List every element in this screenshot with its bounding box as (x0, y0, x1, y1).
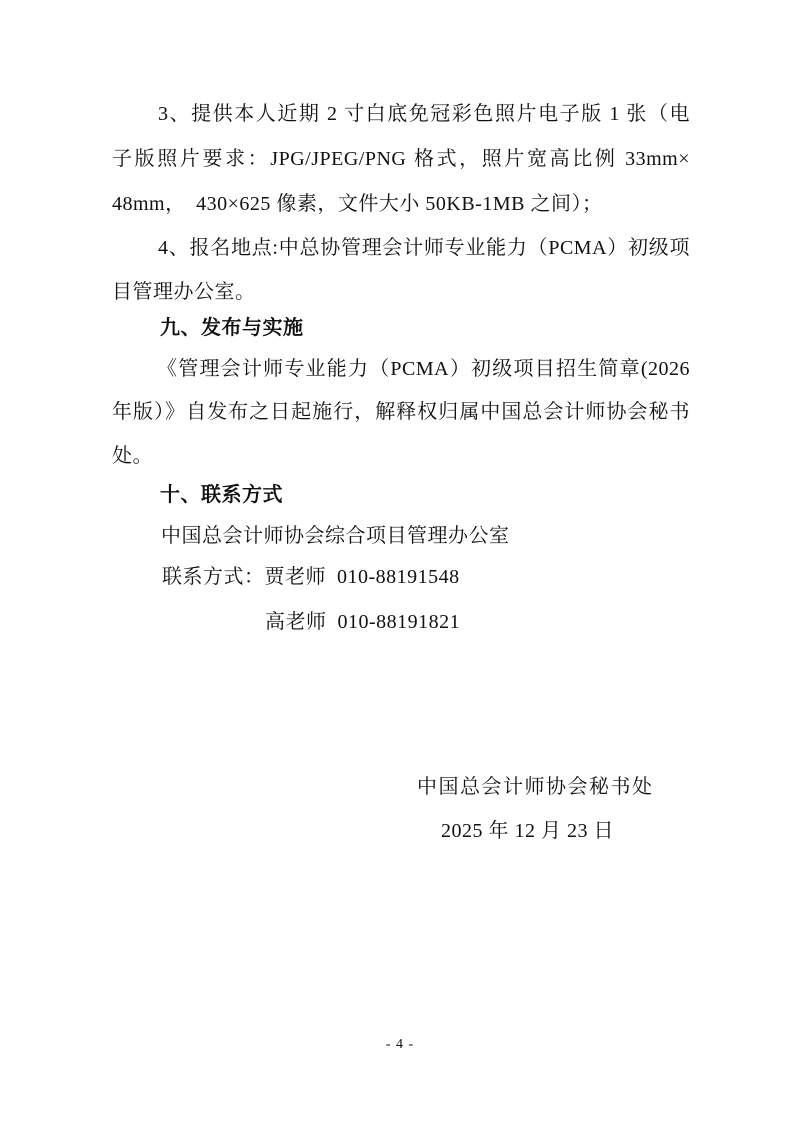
contact-line-2: 高老师 010-88191821 (265, 608, 460, 636)
page-number-footer: - 4 - (0, 1036, 800, 1054)
section-heading-9: 九、发布与实施 (160, 314, 304, 342)
section-heading-10: 十、联系方式 (160, 481, 283, 509)
body-line-section9-1: 《管理会计师专业能力（PCMA）初级项目招生简章(2026 (157, 355, 690, 383)
body-line-item4-1: 4、报名地点:中总协管理会计师专业能力（PCMA）初级项 (158, 234, 690, 262)
contact-line-1: 联系方式：贾老师 010-88191548 (162, 563, 460, 591)
signature-date: 2025 年 12 月 23 日 (441, 817, 614, 845)
document-page: 3、提供本人近期 2 寸白底免冠彩色照片电子版 1 张（电 子版照片要求：JPG… (0, 0, 800, 1131)
body-line-section10-office: 中国总会计师协会综合项目管理办公室 (161, 522, 510, 550)
body-line-item3-3: 48mm， 430×625 像素，文件大小 50KB-1MB 之间）； (112, 190, 602, 218)
body-line-item3-1: 3、提供本人近期 2 寸白底免冠彩色照片电子版 1 张（电 (158, 100, 690, 128)
body-line-item4-2: 目管理办公室。 (112, 278, 256, 306)
body-line-item3-2: 子版照片要求：JPG/JPEG/PNG 格式，照片宽高比例 33mm× (112, 145, 690, 173)
signature-org: 中国总会计师协会秘书处 (417, 773, 654, 801)
body-line-section9-2: 年版）》自发布之日起施行，解释权归属中国总会计师协会秘书 (112, 398, 690, 426)
body-line-section9-3: 处。 (112, 442, 153, 470)
